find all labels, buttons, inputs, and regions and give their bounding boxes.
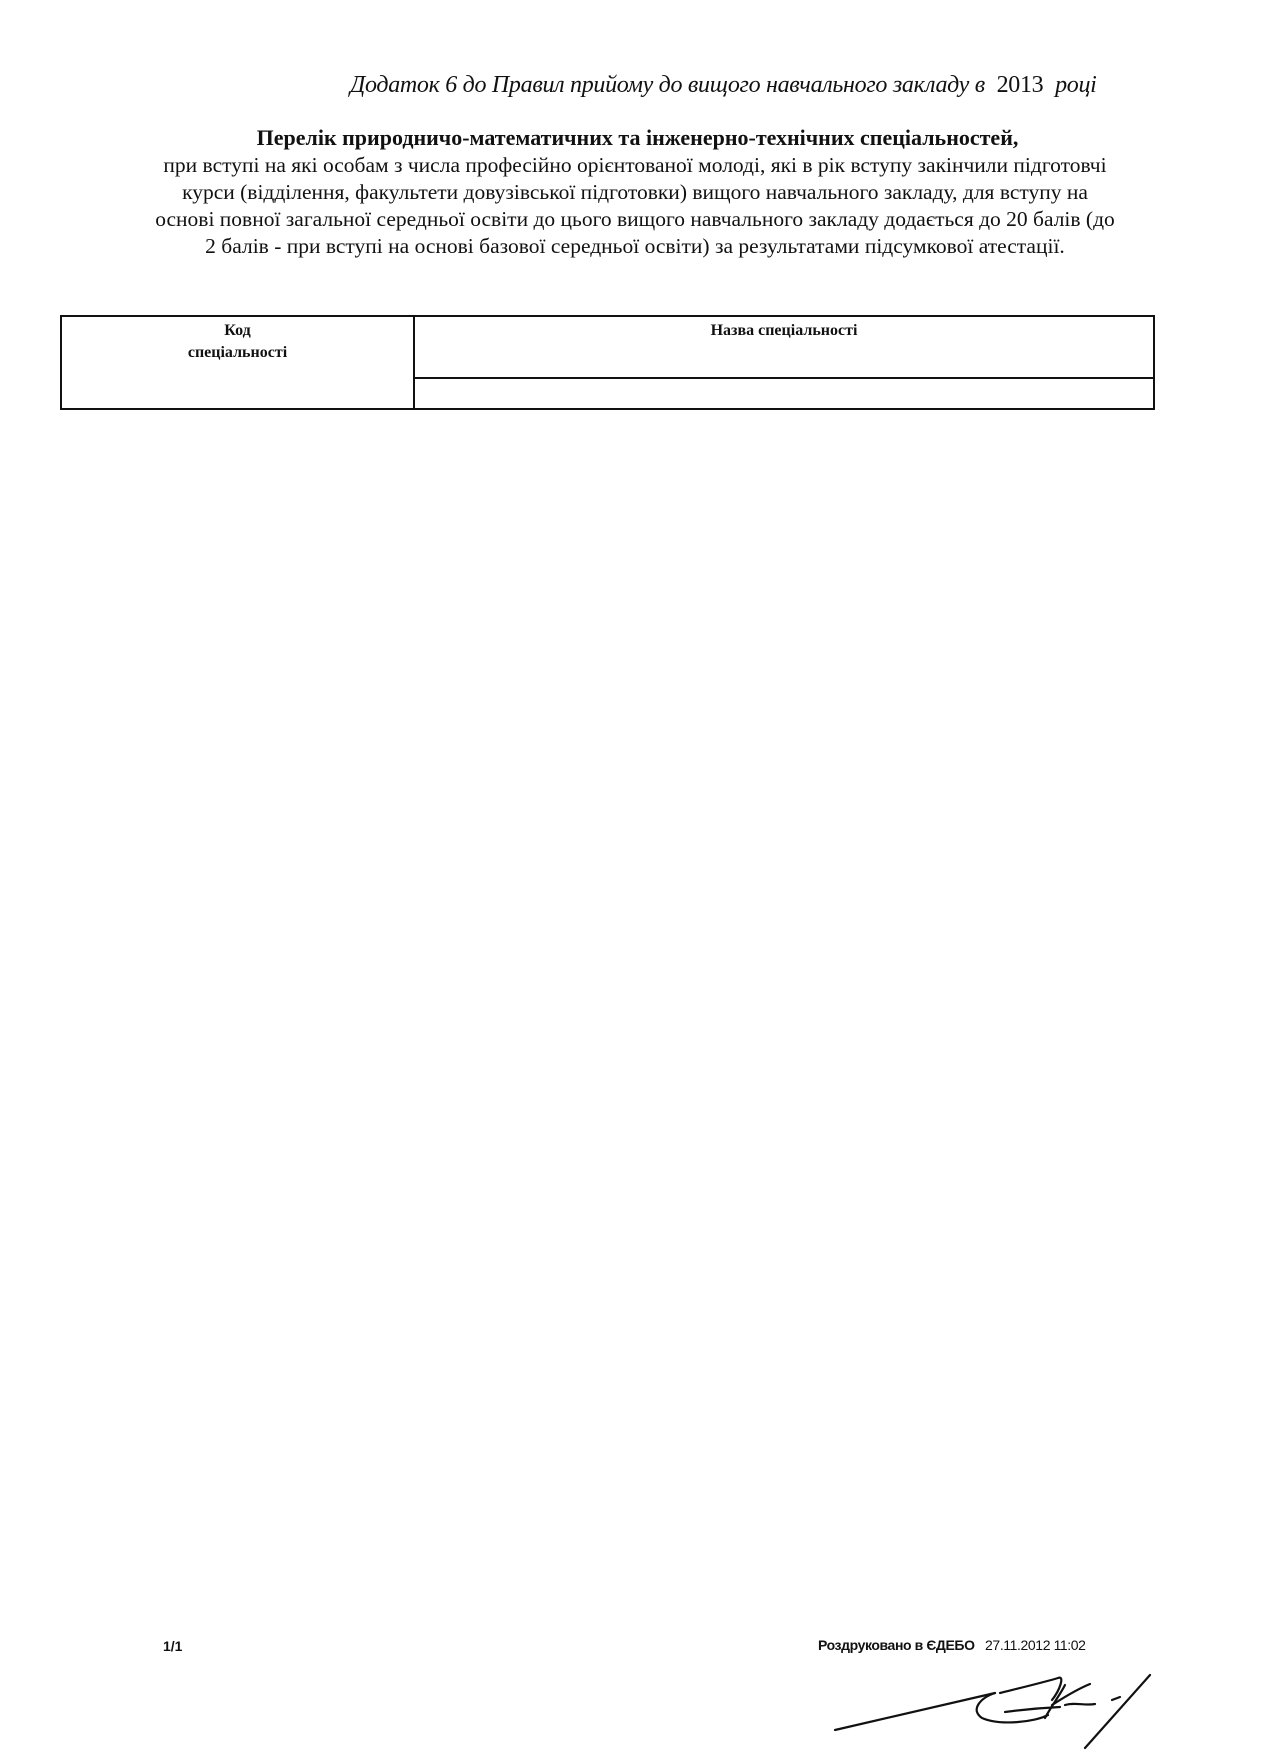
description-line: при вступі на які особам з числа професі… [55, 152, 1215, 179]
description-line: основі повної загальної середньої освіти… [55, 206, 1215, 233]
column-header-name: Назва спеціальності [415, 317, 1153, 379]
printed-datetime: 27.11.2012 11:02 [985, 1637, 1086, 1653]
page-number: 1/1 [163, 1638, 182, 1654]
column-name: Назва спеціальності [415, 317, 1153, 408]
description-line: 2 балів - при вступі на основі базової с… [55, 233, 1215, 260]
appendix-suffix: році [1055, 72, 1096, 98]
document-description: при вступі на які особам з числа професі… [55, 152, 1215, 260]
appendix-text: Додаток 6 до Правил прийому до вищого на… [350, 72, 985, 98]
column-header-code-line2: спеціальності [62, 342, 413, 364]
specialties-table: Код спеціальності Назва спеціальності [60, 315, 1155, 410]
signature-icon [820, 1660, 1180, 1755]
column-header-code: Код спеціальності [62, 317, 415, 408]
document-title: Перелік природничо-математичних та інжен… [0, 125, 1275, 151]
description-line: курси (відділення, факультети довузівськ… [55, 179, 1215, 206]
empty-table-row [415, 379, 1153, 408]
printed-stamp: Роздруковано в ЄДЕБО 27.11.2012 11:02 [818, 1637, 1086, 1653]
appendix-header: Додаток 6 до Правил прийому до вищого на… [350, 72, 1180, 99]
printed-label: Роздруковано в ЄДЕБО [818, 1637, 975, 1653]
appendix-year: 2013 [997, 72, 1044, 98]
column-header-code-line1: Код [62, 320, 413, 342]
